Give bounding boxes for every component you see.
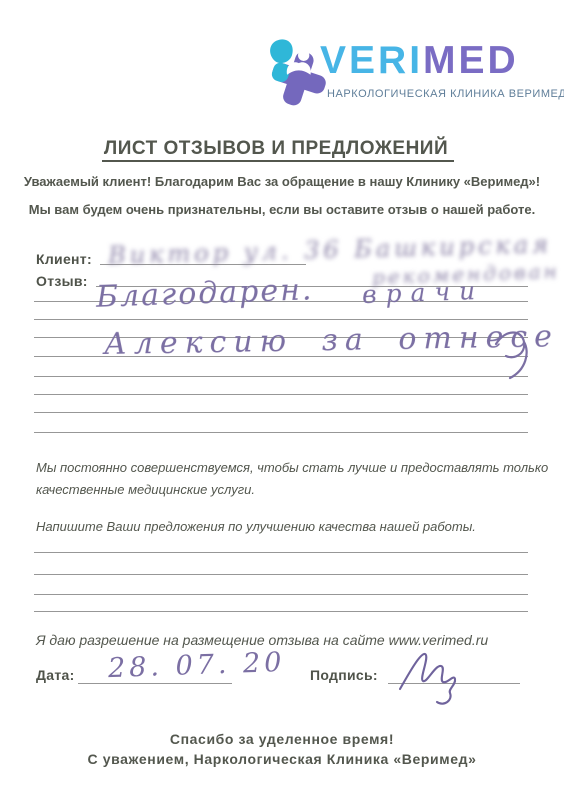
ruled-line bbox=[34, 574, 528, 575]
intro-line-2: Мы вам будем очень признательны, если вы… bbox=[18, 202, 546, 217]
handwriting-signature bbox=[394, 647, 470, 707]
date-line bbox=[78, 683, 232, 684]
suggestion-prompt: Напишите Ваши предложения по улучшению к… bbox=[36, 519, 476, 534]
date-label: Дата: bbox=[36, 667, 75, 683]
clinic-brand-name: VERIMED bbox=[320, 41, 519, 80]
ruled-line bbox=[34, 552, 528, 553]
signature-label: Подпись: bbox=[310, 667, 378, 683]
review-field-label: Отзыв: bbox=[36, 273, 88, 289]
clinic-logo-icon bbox=[252, 28, 330, 106]
quality-text-line-1: Мы постоянно совершенствуемся, чтобы ста… bbox=[36, 460, 548, 475]
document-title: ЛИСТ ОТЗЫВОВ И ПРЕДЛОЖЕНИЙ bbox=[0, 138, 556, 160]
client-field-label: Клиент: bbox=[36, 251, 92, 267]
ruled-line bbox=[34, 594, 528, 595]
ruled-line bbox=[34, 412, 528, 413]
handwriting-review-word-2: врачи bbox=[362, 276, 485, 309]
clinic-subtitle: НАРКОЛОГИЧЕСКАЯ КЛИНИКА ВЕРИМЕД bbox=[327, 88, 564, 100]
permission-text: Я даю разрешение на размещение отзыва на… bbox=[36, 632, 488, 648]
ruled-line bbox=[34, 432, 528, 433]
brand-part-med: MED bbox=[423, 39, 519, 82]
scanned-feedback-form: VERIMED НАРКОЛОГИЧЕСКАЯ КЛИНИКА ВЕРИМЕД … bbox=[0, 0, 564, 800]
ruled-line bbox=[34, 394, 528, 395]
intro-paragraph: Уважаемый клиент! Благодарим Вас за обра… bbox=[18, 174, 546, 217]
handwriting-flourish bbox=[492, 326, 536, 382]
handwriting-date: 28. 07. 20 bbox=[108, 647, 286, 684]
footer-regards: С уважением, Наркологическая Клиника «Ве… bbox=[0, 751, 564, 767]
handwriting-review-word-1: Благодарен. bbox=[95, 272, 314, 315]
ruled-line bbox=[34, 376, 528, 377]
intro-line-1: Уважаемый клиент! Благодарим Вас за обра… bbox=[18, 174, 546, 189]
ruled-line bbox=[34, 611, 528, 612]
quality-text-line-2: качественные медицинские услуги. bbox=[36, 482, 255, 497]
footer-thanks: Спасибо за уделенное время! bbox=[0, 731, 564, 747]
brand-part-veri: VERI bbox=[320, 39, 423, 82]
